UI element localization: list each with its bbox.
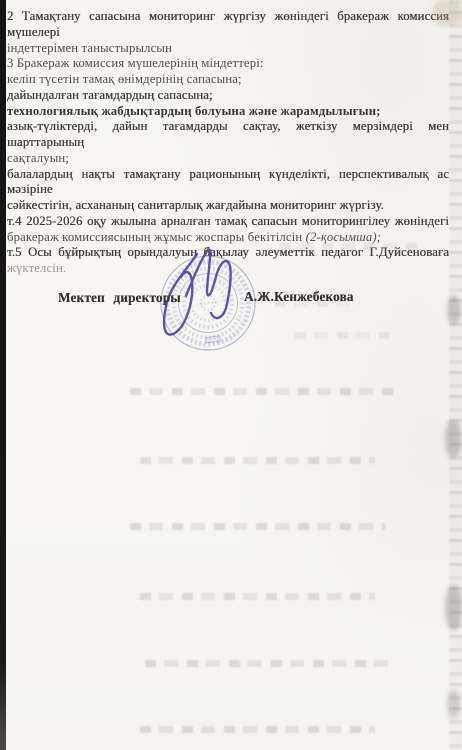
doc-line: технологиялық жабдықтардың болуына және …: [7, 104, 449, 120]
scan-edge-artifact: [449, 0, 462, 750]
appendix-note: (2-қосымша);: [306, 230, 382, 244]
bleed-through-line: [140, 457, 375, 464]
doc-line: індеттерімен таныстырылсын: [7, 41, 449, 57]
doc-line: азық-түліктерді, дайын тағамдарды сақтау…: [7, 119, 449, 151]
bleed-through-line: [95, 223, 225, 230]
document-body: 2 Тамақтану сапасына мониторинг жүргізу …: [7, 9, 449, 277]
scan-edge-artifact: [447, 295, 461, 325]
doc-line: 3 Бракераж комиссия мүшелерінің міндетте…: [7, 56, 449, 72]
bleed-through-line: [140, 726, 375, 733]
scan-border-left: [0, 0, 6, 750]
doc-line: дайындалған тағамдардың сапасына;: [7, 88, 449, 104]
signer-name-label: А.Ж.Кенжебекова: [244, 289, 354, 305]
doc-line: 2 Тамақтану сапасына мониторинг жүргізу …: [7, 9, 449, 41]
doc-line: сақталуын;: [7, 151, 449, 167]
doc-line-text: бракераж комиссиясының жұмыс жоспары бек…: [7, 230, 306, 244]
doc-line: т.4 2025-2026 оқу жылына арналған тамақ …: [7, 214, 449, 230]
bleed-through-line: [130, 523, 385, 530]
bleed-through-line: [145, 660, 390, 667]
scan-edge-artifact: [445, 420, 461, 458]
scanned-document-page: 2 Тамақтану сапасына мониторинг жүргізу …: [0, 0, 462, 750]
scan-edge-artifact: [447, 690, 460, 718]
doc-line: келіп түсетін тамақ өнімдерінің сапасына…: [7, 72, 449, 88]
bleed-through-line: [130, 388, 395, 395]
doc-line: сәйкестігін, асхананың санитарлық жағдай…: [7, 198, 449, 214]
signer-role-label: Мектеп директоры: [58, 290, 181, 306]
scan-edge-artifact: [445, 585, 462, 630]
doc-line: балалардың нақты тамақтану рационының кү…: [7, 167, 449, 199]
bleed-through-line: [280, 243, 420, 250]
bleed-through-line: [295, 332, 390, 339]
bleed-through-line: [100, 247, 170, 254]
bleed-through-line: [140, 593, 375, 600]
scan-edge-artifact: [432, 0, 462, 26]
